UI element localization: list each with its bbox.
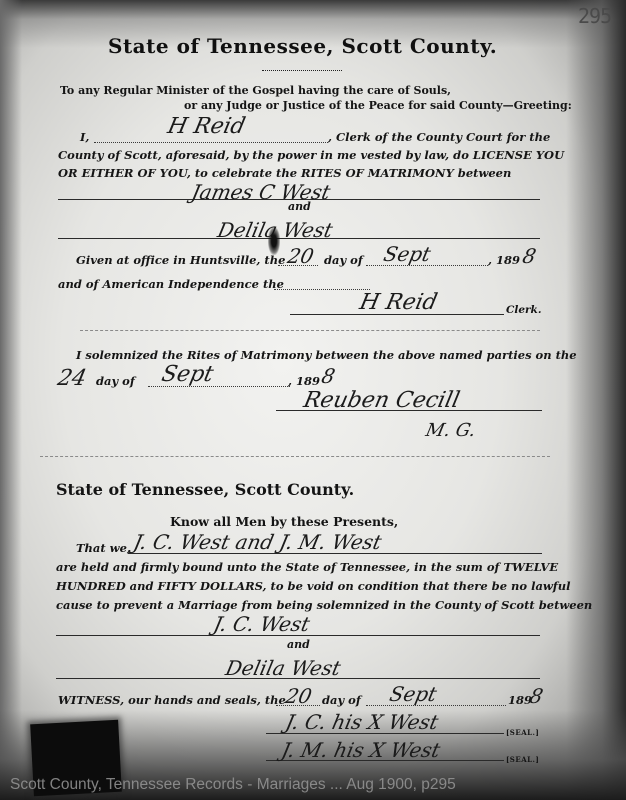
- seal-label-1: [SEAL.]: [506, 728, 539, 737]
- clerk-name-line: [94, 142, 328, 143]
- bond-subtitle: Know all Men by these Presents,: [170, 514, 398, 529]
- ink-blot: [268, 227, 280, 255]
- independence-year-line: [274, 289, 370, 290]
- obligors-handwritten: J. C. West and J. M. West: [131, 530, 383, 554]
- given-day-of: day of: [324, 253, 363, 267]
- section-divider: [80, 330, 540, 331]
- and-label: and: [288, 200, 311, 213]
- given-year-prefix: , 189: [488, 253, 520, 267]
- witness-day-handwritten: 20: [283, 684, 314, 708]
- solemnized-year-prefix: , 189: [288, 374, 320, 388]
- page-number: 295: [578, 4, 611, 28]
- bond-title: State of Tennessee, Scott County.: [56, 480, 354, 499]
- bond-groom-handwritten: J. C. West: [211, 612, 312, 636]
- solemnization-statement: I solemnized the Rites of Matrimony betw…: [76, 348, 577, 362]
- witness-prefix: WITNESS, our hands and seals, the: [58, 693, 286, 707]
- witness-day-of: day of: [322, 693, 361, 707]
- solemnized-day-handwritten: 24: [55, 366, 88, 391]
- section-divider-2: [40, 456, 550, 457]
- clerk-prefix: I,: [80, 130, 89, 144]
- solemnized-day-of: day of: [96, 374, 135, 388]
- footer-caption: Scott County, Tennessee Records - Marria…: [10, 776, 456, 794]
- bond-body-line-1: are held and firmly bound unto the State…: [56, 560, 558, 574]
- given-day-handwritten: 20: [285, 244, 316, 268]
- signature-1-handwritten: J. C. his X West: [283, 710, 440, 734]
- bond-body-line-2: HUNDRED and FIFTY DOLLARS, to be void on…: [56, 579, 570, 593]
- bond-and-label: and: [287, 638, 310, 651]
- license-body-line-3: OR EITHER OF YOU, to celebrate the RITES…: [58, 166, 511, 180]
- title-divider: [262, 70, 342, 71]
- license-body-line-2: County of Scott, aforesaid, by the power…: [58, 148, 564, 162]
- license-title: State of Tennessee, Scott County.: [108, 34, 497, 58]
- scan-shadow-left: [0, 0, 22, 800]
- bond-bride-handwritten: Delila West: [223, 656, 343, 680]
- salutation-line-2: or any Judge or Justice of the Peace for…: [184, 99, 572, 112]
- witness-month-handwritten: Sept: [387, 682, 438, 706]
- officiant-title-handwritten: M. G.: [424, 420, 478, 441]
- witness-year-handwritten: 8: [527, 684, 545, 708]
- signature-2-handwritten: J. M. his X West: [279, 738, 442, 762]
- that-we-label: That we,: [76, 541, 131, 555]
- bond-body-line-3: cause to prevent a Marriage from being s…: [56, 598, 592, 612]
- solemnized-month-handwritten: Sept: [159, 362, 215, 387]
- clerk-label: Clerk.: [506, 304, 542, 316]
- scan-shadow-right: [566, 0, 626, 800]
- clerk-name-handwritten: H Reid: [165, 114, 247, 139]
- given-prefix: Given at office in Huntsville, the: [76, 253, 285, 267]
- groom-name-handwritten: James C West: [189, 180, 332, 204]
- given-year-handwritten: 8: [520, 244, 538, 268]
- marriage-record-page: 295 State of Tennessee, Scott County. To…: [0, 0, 626, 800]
- given-month-handwritten: Sept: [381, 242, 432, 266]
- clerk-suffix: , Clerk of the County Court for the: [328, 130, 550, 144]
- clerk-signature-handwritten: H Reid: [357, 290, 439, 315]
- salutation-line-1: To any Regular Minister of the Gospel ha…: [60, 84, 451, 97]
- independence-line: and of American Independence the: [58, 277, 284, 291]
- solemnized-year-handwritten: 8: [319, 364, 337, 388]
- seal-label-2: [SEAL.]: [506, 755, 539, 764]
- officiant-name-handwritten: Reuben Cecill: [301, 388, 462, 413]
